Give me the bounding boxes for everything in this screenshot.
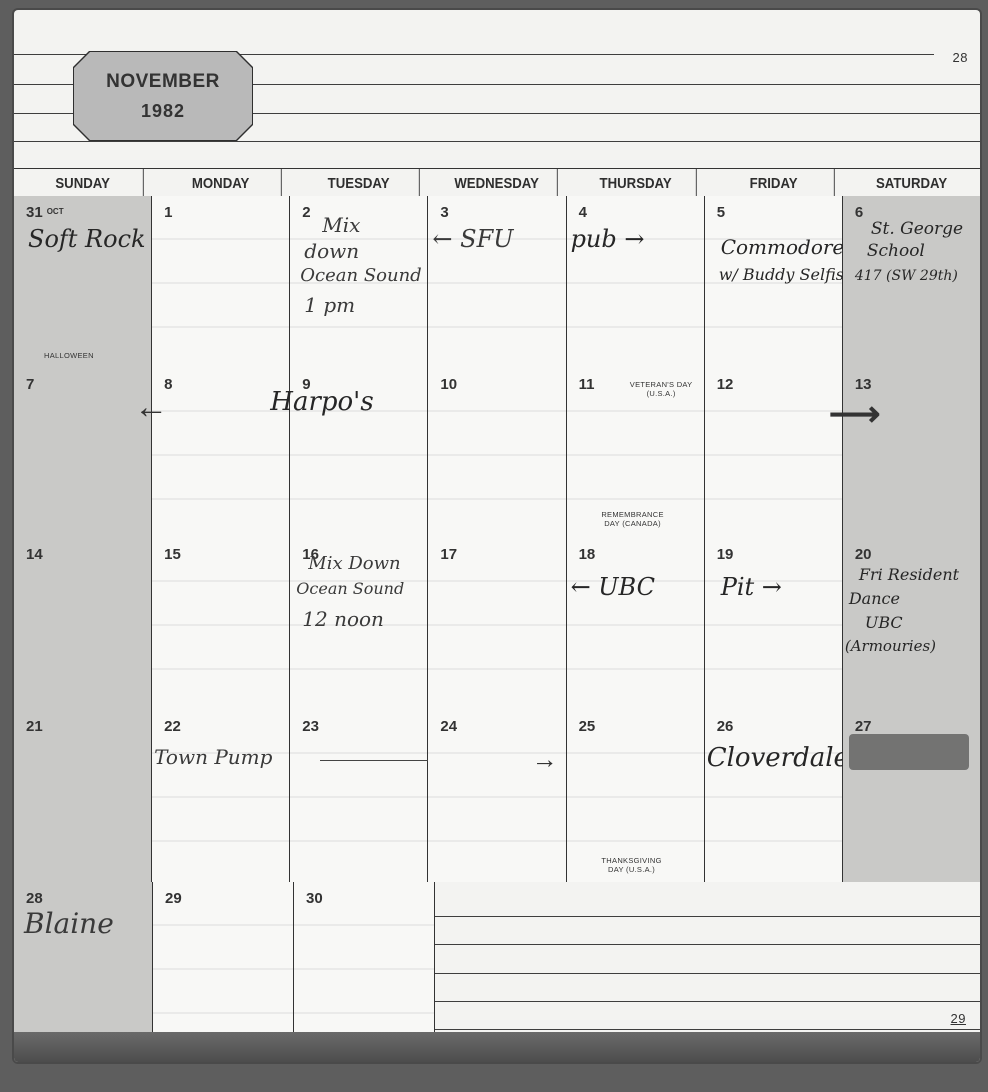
day-cell[interactable]: 27 bbox=[843, 710, 980, 882]
ruled-line bbox=[435, 944, 980, 945]
ruled-line bbox=[435, 916, 980, 917]
day-cell[interactable]: 5 Commodore w/ Buddy Selfish bbox=[705, 196, 843, 368]
day-cell[interactable]: 9 Harpo's bbox=[290, 368, 428, 538]
day-cell[interactable]: 18 ← UBC bbox=[567, 538, 705, 710]
ruled-line bbox=[14, 141, 980, 142]
day-cell[interactable]: 31OCT Soft Rock HALLOWEEN bbox=[14, 196, 152, 368]
month-badge: NOVEMBER 1982 bbox=[74, 52, 252, 140]
day-number: 17 bbox=[440, 546, 457, 563]
handwritten-note-line: Mix Down bbox=[308, 554, 400, 575]
day-number: 28 bbox=[26, 890, 43, 907]
ruled-line bbox=[435, 973, 980, 974]
day-cell[interactable]: 13 ⟶ bbox=[843, 368, 980, 538]
day-cell[interactable]: 30 bbox=[294, 882, 435, 1052]
handwritten-note-line: UBC bbox=[865, 614, 903, 632]
day-cell[interactable]: 21 bbox=[14, 710, 152, 882]
handwritten-note-line: (Armouries) bbox=[845, 638, 936, 655]
holiday-label: THANKSGIVING DAY (U.S.A.) bbox=[597, 856, 667, 874]
handwritten-note-line: 1 pm bbox=[304, 294, 355, 317]
day-cell[interactable]: 15 bbox=[152, 538, 290, 710]
handwritten-note: ← SFU bbox=[432, 226, 513, 254]
day-number: 20 bbox=[855, 546, 872, 563]
day-cell[interactable]: 16 Mix Down Ocean Sound 12 noon bbox=[290, 538, 428, 710]
scribbled-out-note bbox=[849, 734, 969, 770]
day-cell[interactable]: 2 Mix down Ocean Sound 1 pm bbox=[290, 196, 428, 368]
arrow-right-icon: → bbox=[532, 746, 558, 772]
day-number: 18 bbox=[579, 546, 596, 563]
day-cell[interactable]: 6 St. George School 417 (SW 29th) bbox=[843, 196, 980, 368]
holiday-label: REMEMBRANCE DAY (CANADA) bbox=[593, 510, 673, 528]
handwritten-note-line: Fri Resident bbox=[859, 566, 959, 584]
week-row-4: 21 22 Town Pump 23 24 → 25 THANKSGIVING … bbox=[14, 710, 980, 883]
handwritten-note-line: School bbox=[867, 242, 925, 262]
notes-area[interactable] bbox=[435, 882, 980, 1052]
ruled-line bbox=[435, 1029, 980, 1030]
day-number: 11 bbox=[579, 376, 595, 393]
day-cell[interactable]: 29 bbox=[153, 882, 294, 1052]
handwritten-note: Cloverdale bbox=[707, 744, 849, 774]
page-number-bottom: 29 bbox=[951, 1011, 966, 1026]
day-cell[interactable]: 17 bbox=[428, 538, 566, 710]
day-cell[interactable]: 1 bbox=[152, 196, 290, 368]
header-friday: FRIDAY bbox=[713, 169, 835, 197]
day-cell[interactable]: 24 → bbox=[428, 710, 566, 882]
day-number: 14 bbox=[26, 546, 43, 563]
handwritten-note-line: 12 noon bbox=[302, 608, 384, 631]
day-cell[interactable]: 10 bbox=[428, 368, 566, 538]
handwritten-note: Blaine bbox=[24, 908, 114, 940]
day-number: 27 bbox=[855, 718, 872, 735]
day-number: 3 bbox=[440, 204, 448, 221]
month-name: NOVEMBER bbox=[106, 71, 220, 93]
day-number: 7 bbox=[26, 376, 34, 393]
day-cell[interactable]: 20 Fri Resident Dance UBC (Armouries) bbox=[843, 538, 980, 710]
handwritten-note-line: Dance bbox=[849, 590, 900, 608]
planner-page: 28 NOVEMBER 1982 SUNDAY MONDAY TUESDAY W… bbox=[14, 10, 980, 1062]
day-cell[interactable]: 14 bbox=[14, 538, 152, 710]
handwritten-note: Soft Rock bbox=[28, 226, 146, 254]
handwritten-note: Harpo's bbox=[270, 388, 373, 418]
handwritten-note: pub → bbox=[571, 226, 645, 254]
day-number: 12 bbox=[717, 376, 734, 393]
day-number: 31OCT bbox=[26, 204, 64, 221]
weekday-header-row: SUNDAY MONDAY TUESDAY WEDNESDAY THURSDAY… bbox=[14, 168, 980, 198]
header-thursday: THURSDAY bbox=[575, 169, 697, 197]
handwritten-note: ← UBC bbox=[571, 574, 655, 602]
day-number: 2 bbox=[302, 204, 310, 221]
calendar-grid: 31OCT Soft Rock HALLOWEEN 1 2 Mix down O… bbox=[14, 196, 980, 1056]
day-cell[interactable]: 26 Cloverdale bbox=[705, 710, 843, 882]
day-number: 25 bbox=[579, 718, 596, 735]
arrow-right-icon: ⟶ bbox=[829, 396, 881, 432]
month-year: 1982 bbox=[141, 101, 185, 122]
handwritten-note-line: down bbox=[304, 240, 359, 263]
holiday-label-top: VETERAN'S DAY (U.S.A.) bbox=[619, 380, 704, 398]
day-number: 1 bbox=[164, 204, 172, 221]
day-number: 5 bbox=[717, 204, 725, 221]
header-saturday: SATURDAY bbox=[851, 169, 972, 197]
day-cell[interactable]: 28 Blaine bbox=[14, 882, 153, 1052]
header-monday: MONDAY bbox=[160, 169, 282, 197]
day-cell[interactable]: 4 pub → bbox=[567, 196, 705, 368]
arrow-left-icon: ← bbox=[134, 390, 168, 424]
handwritten-note-line: Ocean Sound bbox=[300, 266, 421, 287]
header-wednesday: WEDNESDAY bbox=[437, 169, 559, 197]
handwritten-note-line: Mix bbox=[322, 214, 360, 237]
handwritten-note: Town Pump bbox=[154, 746, 272, 769]
day-cell[interactable]: 19 Pit → bbox=[705, 538, 843, 710]
week-row-5: 28 Blaine 29 30 bbox=[14, 882, 980, 1052]
day-cell[interactable]: 11 VETERAN'S DAY (U.S.A.) REMEMBRANCE DA… bbox=[567, 368, 705, 538]
day-number: 15 bbox=[164, 546, 181, 563]
week-row-2: 7 8 ← 9 Harpo's 10 11 VETERAN'S DAY (U.S… bbox=[14, 368, 980, 539]
week-row-3: 14 15 16 Mix Down Ocean Sound 12 noon 17… bbox=[14, 538, 980, 711]
day-number: 24 bbox=[440, 718, 457, 735]
day-number: 29 bbox=[165, 890, 182, 907]
binder-edge bbox=[14, 1032, 980, 1062]
day-number: 30 bbox=[306, 890, 323, 907]
day-number: 21 bbox=[26, 718, 43, 735]
header-sunday: SUNDAY bbox=[22, 169, 144, 197]
day-number: 6 bbox=[855, 204, 863, 221]
day-cell[interactable]: 3 ← SFU bbox=[428, 196, 566, 368]
handwritten-note-line: St. George bbox=[871, 220, 963, 240]
day-number: 13 bbox=[855, 376, 872, 393]
month-abbrev: OCT bbox=[47, 207, 64, 216]
day-cell[interactable]: 12 bbox=[705, 368, 843, 538]
day-number: 23 bbox=[302, 718, 319, 735]
day-number: 19 bbox=[717, 546, 734, 563]
handwritten-note-line: Commodore bbox=[721, 236, 845, 259]
day-number: 26 bbox=[717, 718, 734, 735]
day-number: 10 bbox=[440, 376, 457, 393]
handwritten-note-line: Ocean Sound bbox=[296, 580, 404, 598]
ruled-line bbox=[435, 1001, 980, 1002]
day-number: 4 bbox=[579, 204, 587, 221]
header-tuesday: TUESDAY bbox=[299, 169, 421, 197]
day-cell[interactable]: 22 Town Pump bbox=[152, 710, 290, 882]
holiday-label: HALLOWEEN bbox=[44, 351, 94, 360]
week-row-1: 31OCT Soft Rock HALLOWEEN 1 2 Mix down O… bbox=[14, 196, 980, 369]
day-cell[interactable]: 25 THANKSGIVING DAY (U.S.A.) bbox=[567, 710, 705, 882]
handwritten-note-line: 417 (SW 29th) bbox=[855, 268, 958, 284]
day-cell[interactable]: 7 bbox=[14, 368, 152, 538]
day-cell[interactable]: 23 bbox=[290, 710, 428, 882]
handwritten-note-line: w/ Buddy Selfish bbox=[719, 266, 855, 284]
page-number-top: 28 bbox=[953, 50, 968, 65]
day-number: 22 bbox=[164, 718, 181, 735]
handwritten-note: Pit → bbox=[721, 574, 782, 602]
